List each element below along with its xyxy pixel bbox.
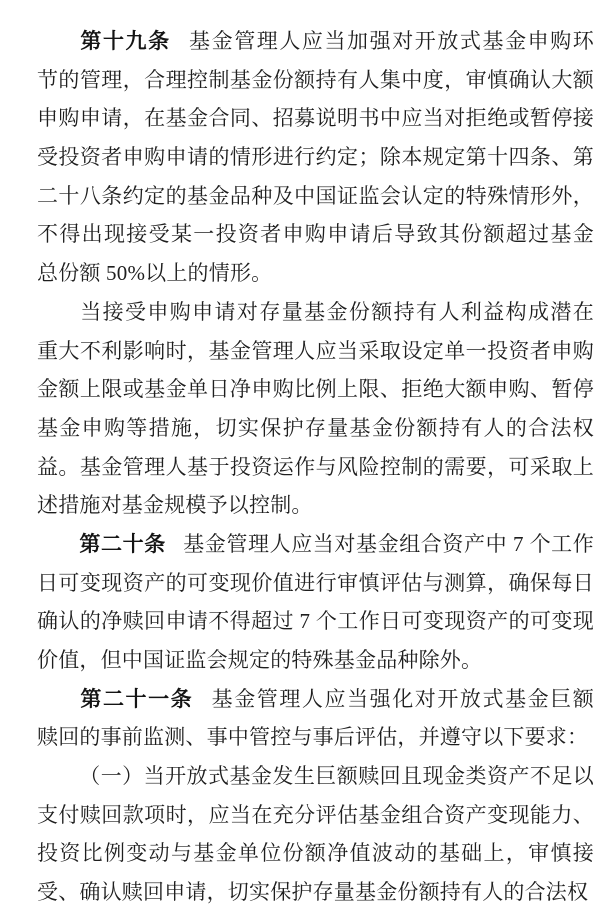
text-line: 第二十一条基金管理人应当强化对开放式基金巨额 <box>37 680 594 719</box>
line-text: 基金管理人应当对基金组合资产中 7 个工作 <box>183 532 594 556</box>
line-text: （一）当开放式基金发生巨额赎回且现金类资产不足以 <box>79 764 594 788</box>
paragraph-indent <box>37 318 79 319</box>
text-line: 基金申购等措施，切实保护存量基金份额持有人的合法权 <box>37 409 594 448</box>
text-line: 日可变现资产的可变现价值进行审慎评估与测算，确保每日 <box>37 564 594 603</box>
paragraph: 第十九条基金管理人应当加强对开放式基金申购环节的管理，合理控制基金份额持有人集中… <box>37 22 594 293</box>
paragraph-indent <box>37 550 79 551</box>
paragraph-indent <box>37 705 79 706</box>
text-line: 总份额 50%以上的情形。 <box>37 254 594 293</box>
paragraph-indent <box>37 782 79 783</box>
text-line: 价值，但中国证监会规定的特殊基金品种除外。 <box>37 641 594 680</box>
paragraph: 第二十条基金管理人应当对基金组合资产中 7 个工作日可变现资产的可变现价值进行审… <box>37 525 594 680</box>
paragraph: 第二十一条基金管理人应当强化对开放式基金巨额赎回的事前监测、事中管控与事后评估，… <box>37 680 594 757</box>
text-line: 节的管理，合理控制基金份额持有人集中度，审慎确认大额 <box>37 61 594 100</box>
text-line: 重大不利影响时，基金管理人应当采取设定单一投资者申购 <box>37 332 594 371</box>
line-text: 基金管理人应当加强对开放式基金申购环 <box>188 29 594 53</box>
document-page: 第十九条基金管理人应当加强对开放式基金申购环节的管理，合理控制基金份额持有人集中… <box>0 0 610 917</box>
text-line: 不得出现接受某一投资者申购申请后导致其份额超过基金 <box>37 215 594 254</box>
text-line: 赎回的事前监测、事中管控与事后评估，并遵守以下要求： <box>37 718 594 757</box>
term-gap <box>166 550 183 551</box>
text-line: 申购申请，在基金合同、招募说明书中应当对拒绝或暂停接 <box>37 99 594 138</box>
text-line: 确认的净赎回申请不得超过 7 个工作日可变现资产的可变现 <box>37 602 594 641</box>
term-gap <box>193 705 210 706</box>
text-line: 受、确认赎回申请，切实保护存量基金份额持有人的合法权 <box>37 873 594 912</box>
article-number: 第二十条 <box>79 532 166 556</box>
term-gap <box>171 47 188 48</box>
text-line: 受投资者申购申请的情形进行约定；除本规定第十四条、第 <box>37 138 594 177</box>
article-number: 第十九条 <box>79 29 171 53</box>
text-line: 述措施对基金规模予以控制。 <box>37 486 594 525</box>
text-line: 益。基金管理人基于投资运作与风险控制的需要，可采取上 <box>37 448 594 487</box>
text-line: 金额上限或基金单日净申购比例上限、拒绝大额申购、暂停 <box>37 370 594 409</box>
text-line: 当接受申购申请对存量基金份额持有人利益构成潜在 <box>37 293 594 332</box>
line-text: 当接受申购申请对存量基金份额持有人利益构成潜在 <box>79 300 594 324</box>
document-text: 第十九条基金管理人应当加强对开放式基金申购环节的管理，合理控制基金份额持有人集中… <box>37 22 594 912</box>
paragraph: 当接受申购申请对存量基金份额持有人利益构成潜在重大不利影响时，基金管理人应当采取… <box>37 293 594 525</box>
text-line: 支付赎回款项时，应当在充分评估基金组合资产变现能力、 <box>37 796 594 835</box>
text-line: 二十八条约定的基金品种及中国证监会认定的特殊情形外， <box>37 177 594 216</box>
text-line: 第二十条基金管理人应当对基金组合资产中 7 个工作 <box>37 525 594 564</box>
article-number: 第二十一条 <box>79 687 193 711</box>
paragraph-indent <box>37 47 79 48</box>
text-line: 第十九条基金管理人应当加强对开放式基金申购环 <box>37 22 594 61</box>
text-line: 投资比例变动与基金单位份额净值波动的基础上，审慎接 <box>37 834 594 873</box>
text-line: （一）当开放式基金发生巨额赎回且现金类资产不足以 <box>37 757 594 796</box>
line-text: 基金管理人应当强化对开放式基金巨额 <box>210 687 594 711</box>
paragraph: （一）当开放式基金发生巨额赎回且现金类资产不足以支付赎回款项时，应当在充分评估基… <box>37 757 594 912</box>
